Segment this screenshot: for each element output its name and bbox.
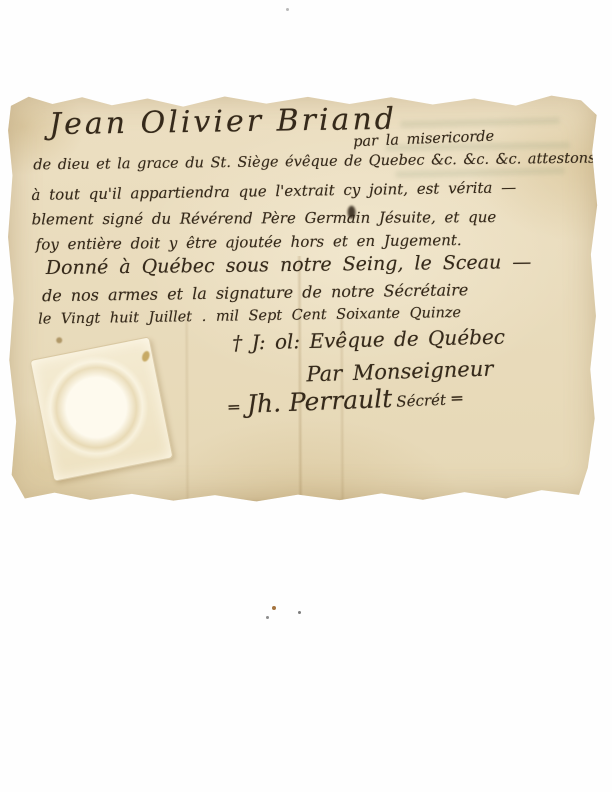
body-line: blement signé du Révérend Père Germain J… [32,208,497,228]
scan-speck [272,606,276,610]
heading-name: Jean Olivier Briand [49,102,397,142]
paper-crease [184,318,190,503]
secretary-signature-row: ═Jh. PerraultSécrét═ [228,381,461,419]
flourish-dash: ═ [452,389,461,409]
ink-showthrough [400,117,560,128]
body-line: foy entière doit y être ajoutée hors et … [36,231,462,253]
par-monseigneur-line: Par Monseigneur [306,357,494,387]
donne-line: de nos armes et la signature de notre Sé… [42,280,469,305]
donne-line: Donné à Québec sous notre Seing, le Scea… [46,251,532,279]
secretary-signature: Jh. Perrault [246,384,393,419]
secretary-title: Sécrét [396,391,446,411]
manuscript-paper: Jean Olivier Briand par la misericorde d… [5,90,601,503]
flourish-dash: ═ [228,398,237,418]
scan-speck [286,8,289,11]
body-line: à tout qu'il appartiendra que l'extrait … [31,178,516,204]
scan-speck [266,616,269,619]
scan-background: Jean Olivier Briand par la misericorde d… [0,0,612,792]
donne-line: le Vingt huit Juillet . mil Sept Cent So… [38,305,461,328]
wafer-seal [30,336,174,482]
ink-showthrough [395,167,565,178]
episcopal-signature: † J: ol: Evêque de Québec [232,325,505,355]
stain-spot [56,337,62,343]
scan-speck [298,611,301,614]
